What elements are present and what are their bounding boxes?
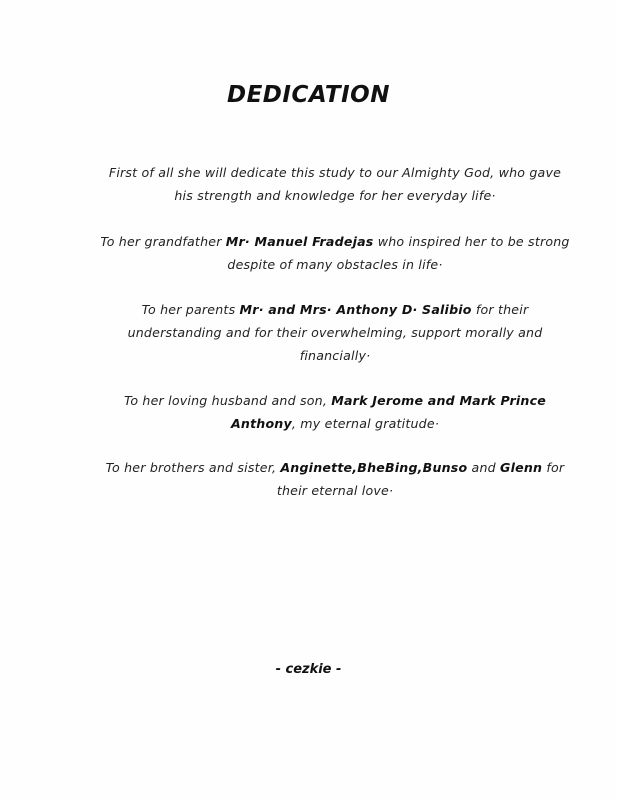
name-highlight: Anginette,BheBing,Bunso xyxy=(280,460,467,475)
signature: - cezkie - xyxy=(0,662,617,677)
page-title: DEDICATION xyxy=(0,82,617,108)
name-highlight: Glenn xyxy=(500,460,542,475)
paragraph-text: To her brothers and sister, xyxy=(106,460,281,475)
dedication-paragraph-siblings: To her brothers and sister, Anginette,Bh… xyxy=(100,456,570,502)
paragraph-text: , my eternal gratitude· xyxy=(292,416,439,431)
dedication-paragraph-husband-son: To her loving husband and son, Mark Jero… xyxy=(100,389,570,435)
name-highlight: Mr· Manuel Fradejas xyxy=(226,234,374,249)
name-highlight: Mr· and Mrs· Anthony D· Salibio xyxy=(240,302,472,317)
paragraph-text: To her parents xyxy=(142,302,240,317)
paragraph-text: To her grandfather xyxy=(100,234,225,249)
dedication-paragraph-grandfather: To her grandfather Mr· Manuel Fradejas w… xyxy=(100,230,570,276)
paragraph-text: To her loving husband and son, xyxy=(124,393,331,408)
paragraph-text: and xyxy=(467,460,500,475)
paragraph-text: First of all she will dedicate this stud… xyxy=(109,165,561,203)
document-page: DEDICATION First of all she will dedicat… xyxy=(0,0,617,800)
dedication-paragraph-parents: To her parents Mr· and Mrs· Anthony D· S… xyxy=(100,298,570,367)
dedication-paragraph-god: First of all she will dedicate this stud… xyxy=(100,161,570,207)
